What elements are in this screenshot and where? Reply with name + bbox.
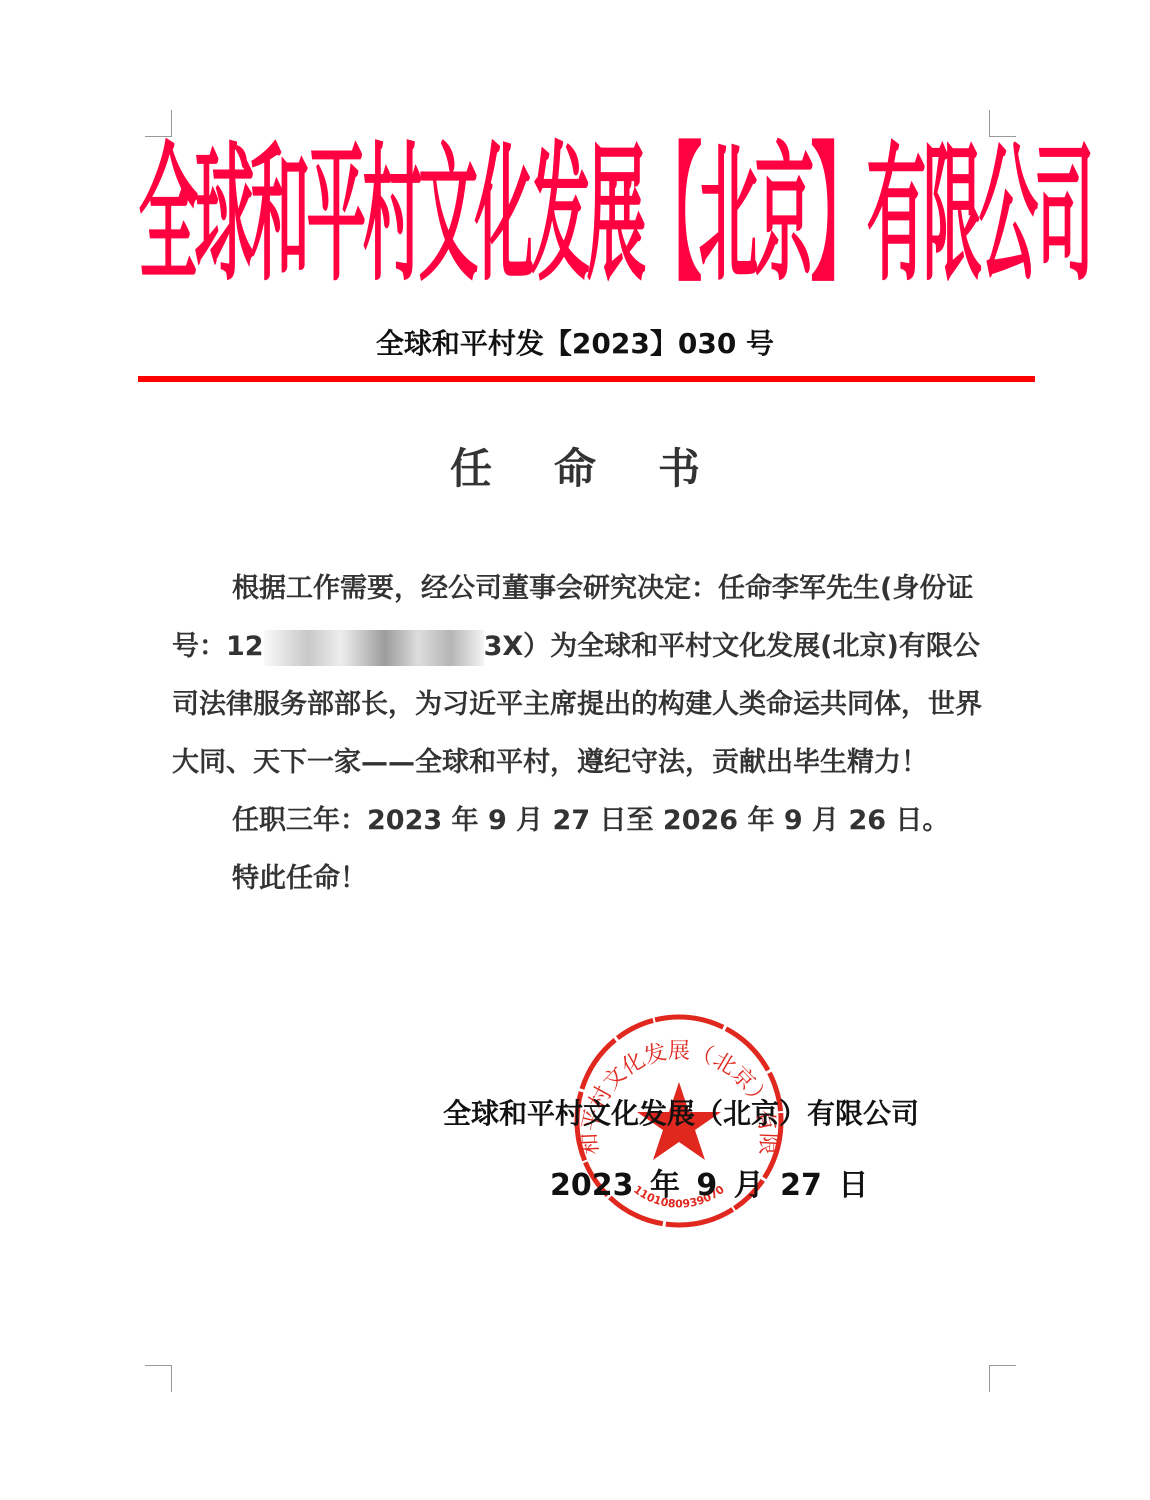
masthead-char: 化 [475,99,510,332]
document-body: 根据工作需要，经公司董事会研究决定：任命李军先生(身份证号：123X）为全球和平… [172,560,992,908]
red-divider-line [138,376,1035,382]
signing-date: 2023 年 9 月 27 日 [550,1160,868,1204]
redacted-id-number [264,630,484,666]
masthead-char: 展 [587,99,622,332]
term-paragraph: 任职三年：2023 年 9 月 27 日至 2026 年 9 月 26 日。 [172,792,992,850]
closing-paragraph: 特此任命！ [172,850,992,908]
masthead-char: 球 [195,99,230,332]
masthead-char: 文 [419,99,454,332]
masthead-char: 全 [139,99,174,332]
corner-mark-bottom-right [989,1365,1016,1392]
masthead-char: 京 [755,99,790,332]
appointment-paragraph: 根据工作需要，经公司董事会研究决定：任命李军先生(身份证号：123X）为全球和平… [172,560,992,792]
masthead-char: 和 [251,99,286,332]
masthead-char: 公 [979,99,1014,332]
signing-company: 全球和平村文化发展（北京）有限公司 [443,1092,919,1132]
masthead-char: 】 [811,99,846,332]
masthead-char: 平 [307,99,342,332]
masthead-char: 发 [531,99,566,332]
masthead-char: 有 [867,99,902,332]
masthead-char: 村 [363,99,398,332]
corner-mark-bottom-left [145,1365,172,1392]
document-title: 任命书 [0,436,1150,496]
masthead-char: 司 [1035,99,1070,332]
masthead-char: 【 [643,99,678,332]
masthead-char: 限 [923,99,958,332]
masthead-char: 北 [699,99,734,332]
masthead-company-name: 全 球 和 平 村 文 化 发 展 【 北 京 】 有 限 公 司 [128,140,1036,290]
document-number: 全球和平村发【2023】030 号 [0,322,1150,362]
